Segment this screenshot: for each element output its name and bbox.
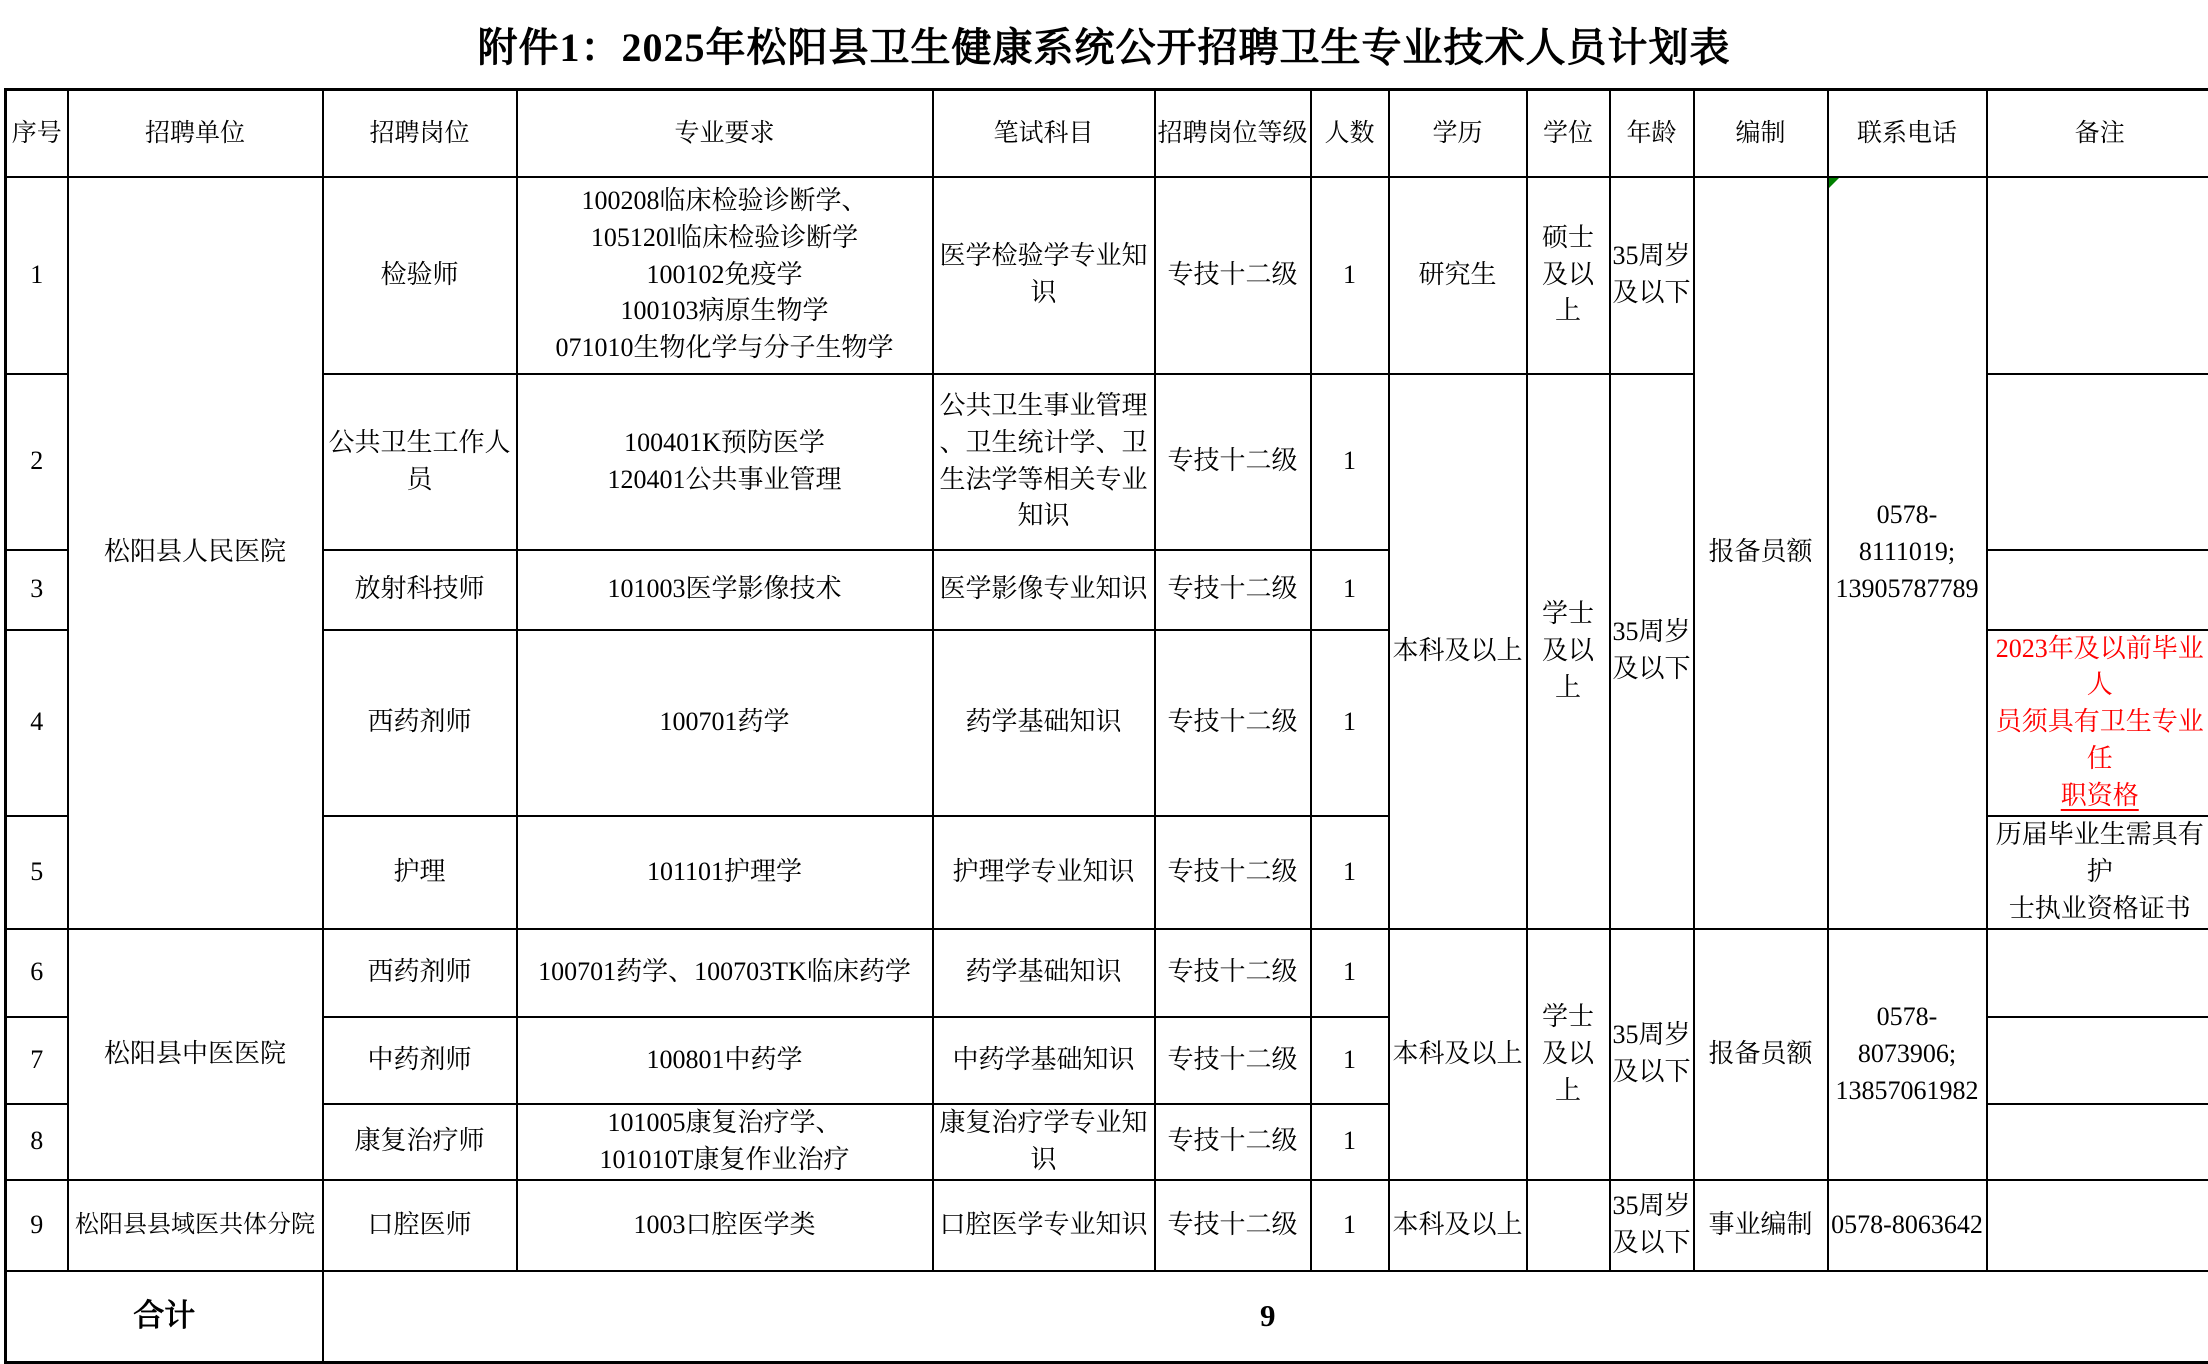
seq-cell: 6 <box>6 929 68 1017</box>
table-row: 9 松阳县县域医共体分院 口腔医师 1003口腔医学类 口腔医学专业知识 专技十… <box>6 1180 2208 1271</box>
total-row: 合计 9 <box>6 1271 2208 1363</box>
remark-cell <box>1987 1180 2208 1271</box>
table-row: 1 松阳县人民医院 检验师 100208临床检验诊断学、 105120l临床检验… <box>6 177 2208 374</box>
grade-cell: 专技十二级 <box>1155 550 1311 630</box>
major-cell: 100801中药学 <box>517 1017 933 1104</box>
exam-cell: 护理学专业知识 <box>933 816 1155 929</box>
remark-cell: 历届毕业生需具有护 士执业资格证书 <box>1987 816 2208 929</box>
remark-cell <box>1987 550 2208 630</box>
exam-cell: 医学影像专业知识 <box>933 550 1155 630</box>
count-cell: 1 <box>1311 630 1389 817</box>
major-cell: 101003医学影像技术 <box>517 550 933 630</box>
age-cell: 35周岁及以下 <box>1610 177 1694 374</box>
seq-cell: 2 <box>6 374 68 550</box>
major-cell: 101005康复治疗学、 101010T康复作业治疗 <box>517 1104 933 1180</box>
remark-cell <box>1987 1104 2208 1180</box>
post-cell: 中药剂师 <box>323 1017 517 1104</box>
age-cell: 35周岁及以下 <box>1610 374 1694 929</box>
column-header-phone: 联系电话 <box>1828 90 1987 177</box>
exam-cell: 药学基础知识 <box>933 630 1155 817</box>
grade-cell: 专技十二级 <box>1155 630 1311 817</box>
estab-cell: 事业编制 <box>1694 1180 1828 1271</box>
seq-cell: 3 <box>6 550 68 630</box>
age-cell: 35周岁及以下 <box>1610 929 1694 1180</box>
degree-cell: 硕士及以上 <box>1527 177 1610 374</box>
exam-cell: 中药学基础知识 <box>933 1017 1155 1104</box>
column-header-post: 招聘岗位 <box>323 90 517 177</box>
estab-cell: 报备员额 <box>1694 929 1828 1180</box>
count-cell: 1 <box>1311 1017 1389 1104</box>
header-row: 序号 招聘单位 招聘岗位 专业要求 笔试科目 招聘岗位等级 人数 学历 学位 年… <box>6 90 2208 177</box>
phone-cell: 0578- 8111019; 13905787789 <box>1828 177 1987 929</box>
edu-cell: 本科及以上 <box>1389 1180 1527 1271</box>
page-title: 附件1：2025年松阳县卫生健康系统公开招聘卫生专业技术人员计划表 <box>0 0 2208 88</box>
degree-cell: 学士及以上 <box>1527 374 1610 929</box>
count-cell: 1 <box>1311 929 1389 1017</box>
phone-text: 0578- 8111019; 13905787789 <box>1836 500 1979 603</box>
estab-cell: 报备员额 <box>1694 177 1828 929</box>
grade-cell: 专技十二级 <box>1155 1104 1311 1180</box>
post-cell: 检验师 <box>323 177 517 374</box>
grade-cell: 专技十二级 <box>1155 1180 1311 1271</box>
column-header-edu: 学历 <box>1389 90 1527 177</box>
post-cell: 西药剂师 <box>323 929 517 1017</box>
post-cell: 公共卫生工作人员 <box>323 374 517 550</box>
exam-cell: 公共卫生事业管理 、卫生统计学、卫 生法学等相关专业 知识 <box>933 374 1155 550</box>
grade-cell: 专技十二级 <box>1155 177 1311 374</box>
grade-cell: 专技十二级 <box>1155 1017 1311 1104</box>
column-header-major: 专业要求 <box>517 90 933 177</box>
seq-cell: 5 <box>6 816 68 929</box>
seq-cell: 1 <box>6 177 68 374</box>
column-header-exam: 笔试科目 <box>933 90 1155 177</box>
count-cell: 1 <box>1311 550 1389 630</box>
post-cell: 护理 <box>323 816 517 929</box>
seq-cell: 4 <box>6 630 68 817</box>
grade-cell: 专技十二级 <box>1155 816 1311 929</box>
column-header-age: 年龄 <box>1610 90 1694 177</box>
count-cell: 1 <box>1311 1104 1389 1180</box>
remark-cell-highlighted: 2023年及以前毕业人 员须具有卫生专业任 职资格 <box>1987 630 2208 817</box>
post-cell: 口腔医师 <box>323 1180 517 1271</box>
count-cell: 1 <box>1311 1180 1389 1271</box>
major-cell: 101101护理学 <box>517 816 933 929</box>
column-header-seq: 序号 <box>6 90 68 177</box>
seq-cell: 7 <box>6 1017 68 1104</box>
grade-cell: 专技十二级 <box>1155 374 1311 550</box>
remark-cell <box>1987 1017 2208 1104</box>
remark-red-underlined-text: 职资格 <box>2061 781 2139 810</box>
post-cell: 康复治疗师 <box>323 1104 517 1180</box>
count-cell: 1 <box>1311 374 1389 550</box>
table-row: 6 松阳县中医医院 西药剂师 100701药学、100703TK临床药学 药学基… <box>6 929 2208 1017</box>
major-cell: 100701药学、100703TK临床药学 <box>517 929 933 1017</box>
remark-cell <box>1987 929 2208 1017</box>
major-cell: 1003口腔医学类 <box>517 1180 933 1271</box>
green-triangle-icon <box>1829 178 1839 188</box>
age-cell: 35周岁及以下 <box>1610 1180 1694 1271</box>
column-header-count: 人数 <box>1311 90 1389 177</box>
degree-cell <box>1527 1180 1610 1271</box>
remark-red-text: 2023年及以前毕业人 员须具有卫生专业任 <box>1996 634 2204 774</box>
exam-cell: 医学检验学专业知 识 <box>933 177 1155 374</box>
post-cell: 放射科技师 <box>323 550 517 630</box>
unit-cell: 松阳县人民医院 <box>68 177 323 929</box>
recruitment-table: 序号 招聘单位 招聘岗位 专业要求 笔试科目 招聘岗位等级 人数 学历 学位 年… <box>4 88 2208 1364</box>
major-cell: 100208临床检验诊断学、 105120l临床检验诊断学 100102免疫学 … <box>517 177 933 374</box>
count-cell: 1 <box>1311 177 1389 374</box>
exam-cell: 康复治疗学专业知 识 <box>933 1104 1155 1180</box>
phone-cell: 0578- 8073906; 13857061982 <box>1828 929 1987 1180</box>
remark-cell <box>1987 374 2208 550</box>
count-cell: 1 <box>1311 816 1389 929</box>
exam-cell: 药学基础知识 <box>933 929 1155 1017</box>
column-header-remark: 备注 <box>1987 90 2208 177</box>
column-header-unit: 招聘单位 <box>68 90 323 177</box>
total-value-cell: 9 <box>323 1271 2208 1363</box>
total-label-cell: 合计 <box>6 1271 323 1363</box>
column-header-estab: 编制 <box>1694 90 1828 177</box>
seq-cell: 9 <box>6 1180 68 1271</box>
grade-cell: 专技十二级 <box>1155 929 1311 1017</box>
column-header-degree: 学位 <box>1527 90 1610 177</box>
major-cell: 100701药学 <box>517 630 933 817</box>
major-cell: 100401K预防医学 120401公共事业管理 <box>517 374 933 550</box>
edu-cell: 研究生 <box>1389 177 1527 374</box>
page: 附件1：2025年松阳县卫生健康系统公开招聘卫生专业技术人员计划表 序号 招聘单… <box>0 0 2208 1238</box>
unit-cell: 松阳县中医医院 <box>68 929 323 1180</box>
unit-cell: 松阳县县域医共体分院 <box>68 1180 323 1271</box>
degree-cell: 学士及以上 <box>1527 929 1610 1180</box>
seq-cell: 8 <box>6 1104 68 1180</box>
column-header-grade: 招聘岗位等级 <box>1155 90 1311 177</box>
edu-cell: 本科及以上 <box>1389 374 1527 929</box>
remark-cell <box>1987 177 2208 374</box>
post-cell: 西药剂师 <box>323 630 517 817</box>
edu-cell: 本科及以上 <box>1389 929 1527 1180</box>
exam-cell: 口腔医学专业知识 <box>933 1180 1155 1271</box>
phone-cell: 0578-8063642 <box>1828 1180 1987 1271</box>
